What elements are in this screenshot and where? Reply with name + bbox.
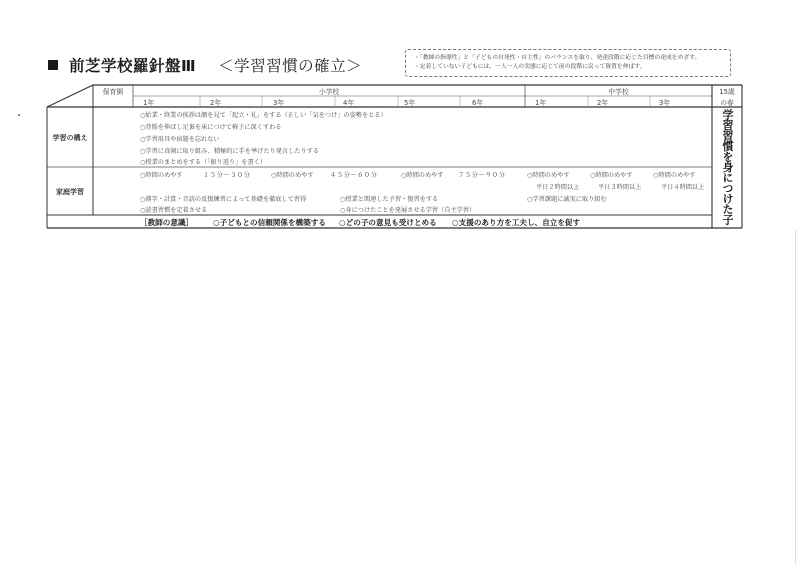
header-junior-high: 中学校	[525, 86, 712, 96]
home-study-item: ○授業と関連した予習・復習をする	[340, 194, 438, 203]
time-guide-label: ○時間のめやす	[140, 170, 183, 179]
time-guide-label: ○時間のめやす	[590, 170, 633, 179]
home-study-item: ○漢字・計算・音読の反復練習によって基礎を徹底して習得	[140, 194, 306, 203]
time-guide-label: ○時間のめやす	[653, 170, 696, 179]
time-guide-value: 平日４時間以上	[661, 182, 704, 191]
time-guide-value: ４５分～６０分	[330, 170, 378, 179]
study-attitude-item: ○学習用具や宿題を忘れない	[140, 134, 220, 143]
study-attitude-item: ○始業・終業の挨拶は顔を見て「起立・礼」をする（正しい「気をつけ」の姿勢をとる）	[140, 110, 387, 119]
study-attitude-item: ○背筋を伸ばし足裏を床につけて椅子に深くすわる	[140, 122, 281, 131]
header-goal-top: 15歳	[712, 86, 742, 96]
time-guide-value: 平日２時間以上	[536, 182, 579, 191]
teacher-awareness-label: ［教師の意識］	[140, 217, 193, 228]
time-guide-value: １５分～３０分	[203, 170, 251, 179]
teacher-awareness-item: ○子どもとの信頼関係を構築する	[213, 217, 326, 228]
scan-speck	[18, 114, 20, 116]
header-grade-e2: 2年	[210, 97, 221, 107]
header-elementary: 小学校	[133, 86, 525, 96]
header-grade-j2: 2年	[597, 97, 608, 107]
time-guide-label: ○時間のめやす	[527, 170, 570, 179]
row-label-study-attitude: 学習の構え	[47, 133, 93, 143]
header-grade-e5: 5年	[404, 97, 415, 107]
home-study-item: ○身につけたことを発展させる学習（自主学習）	[340, 205, 475, 214]
teacher-awareness-item: ○どの子の意見も受けとめる	[339, 217, 437, 228]
header-grade-j3: 3年	[659, 97, 670, 107]
home-study-item: ○読書習慣を定着させる	[140, 205, 207, 214]
time-guide-label: ○時間のめやす	[401, 170, 444, 179]
study-attitude-item: ○授業のまとめをする（「振り返り」を書く）	[140, 157, 266, 166]
header-grade-e4: 4年	[343, 97, 354, 107]
teacher-awareness-item: ○支援のあり方を工夫し、自立を促す	[452, 217, 580, 228]
time-guide-value: ７５分～９０分	[458, 170, 506, 179]
study-attitude-item: ○学習に真剣に取り組み、積極的に手を挙げたり発言したりする	[140, 146, 319, 155]
table-grid	[0, 0, 800, 564]
home-study-item: ○学習課題に誠実に取り組む	[527, 194, 607, 203]
header-grade-e1: 1年	[143, 97, 154, 107]
header-goal-bottom: の春	[712, 97, 742, 107]
header-grade-e6: 6年	[472, 97, 483, 107]
header-nursery: 保育園	[93, 86, 133, 96]
time-guide-label: ○時間のめやす	[271, 170, 314, 179]
header-grade-j1: 1年	[535, 97, 546, 107]
row-label-home-study: 家庭学習	[47, 187, 93, 197]
header-grade-e3: 3年	[273, 97, 284, 107]
goal-vertical-text: 学習習慣を身につけた子	[713, 109, 741, 227]
time-guide-value: 平日３時間以上	[598, 182, 641, 191]
page-edge-line	[795, 230, 796, 564]
